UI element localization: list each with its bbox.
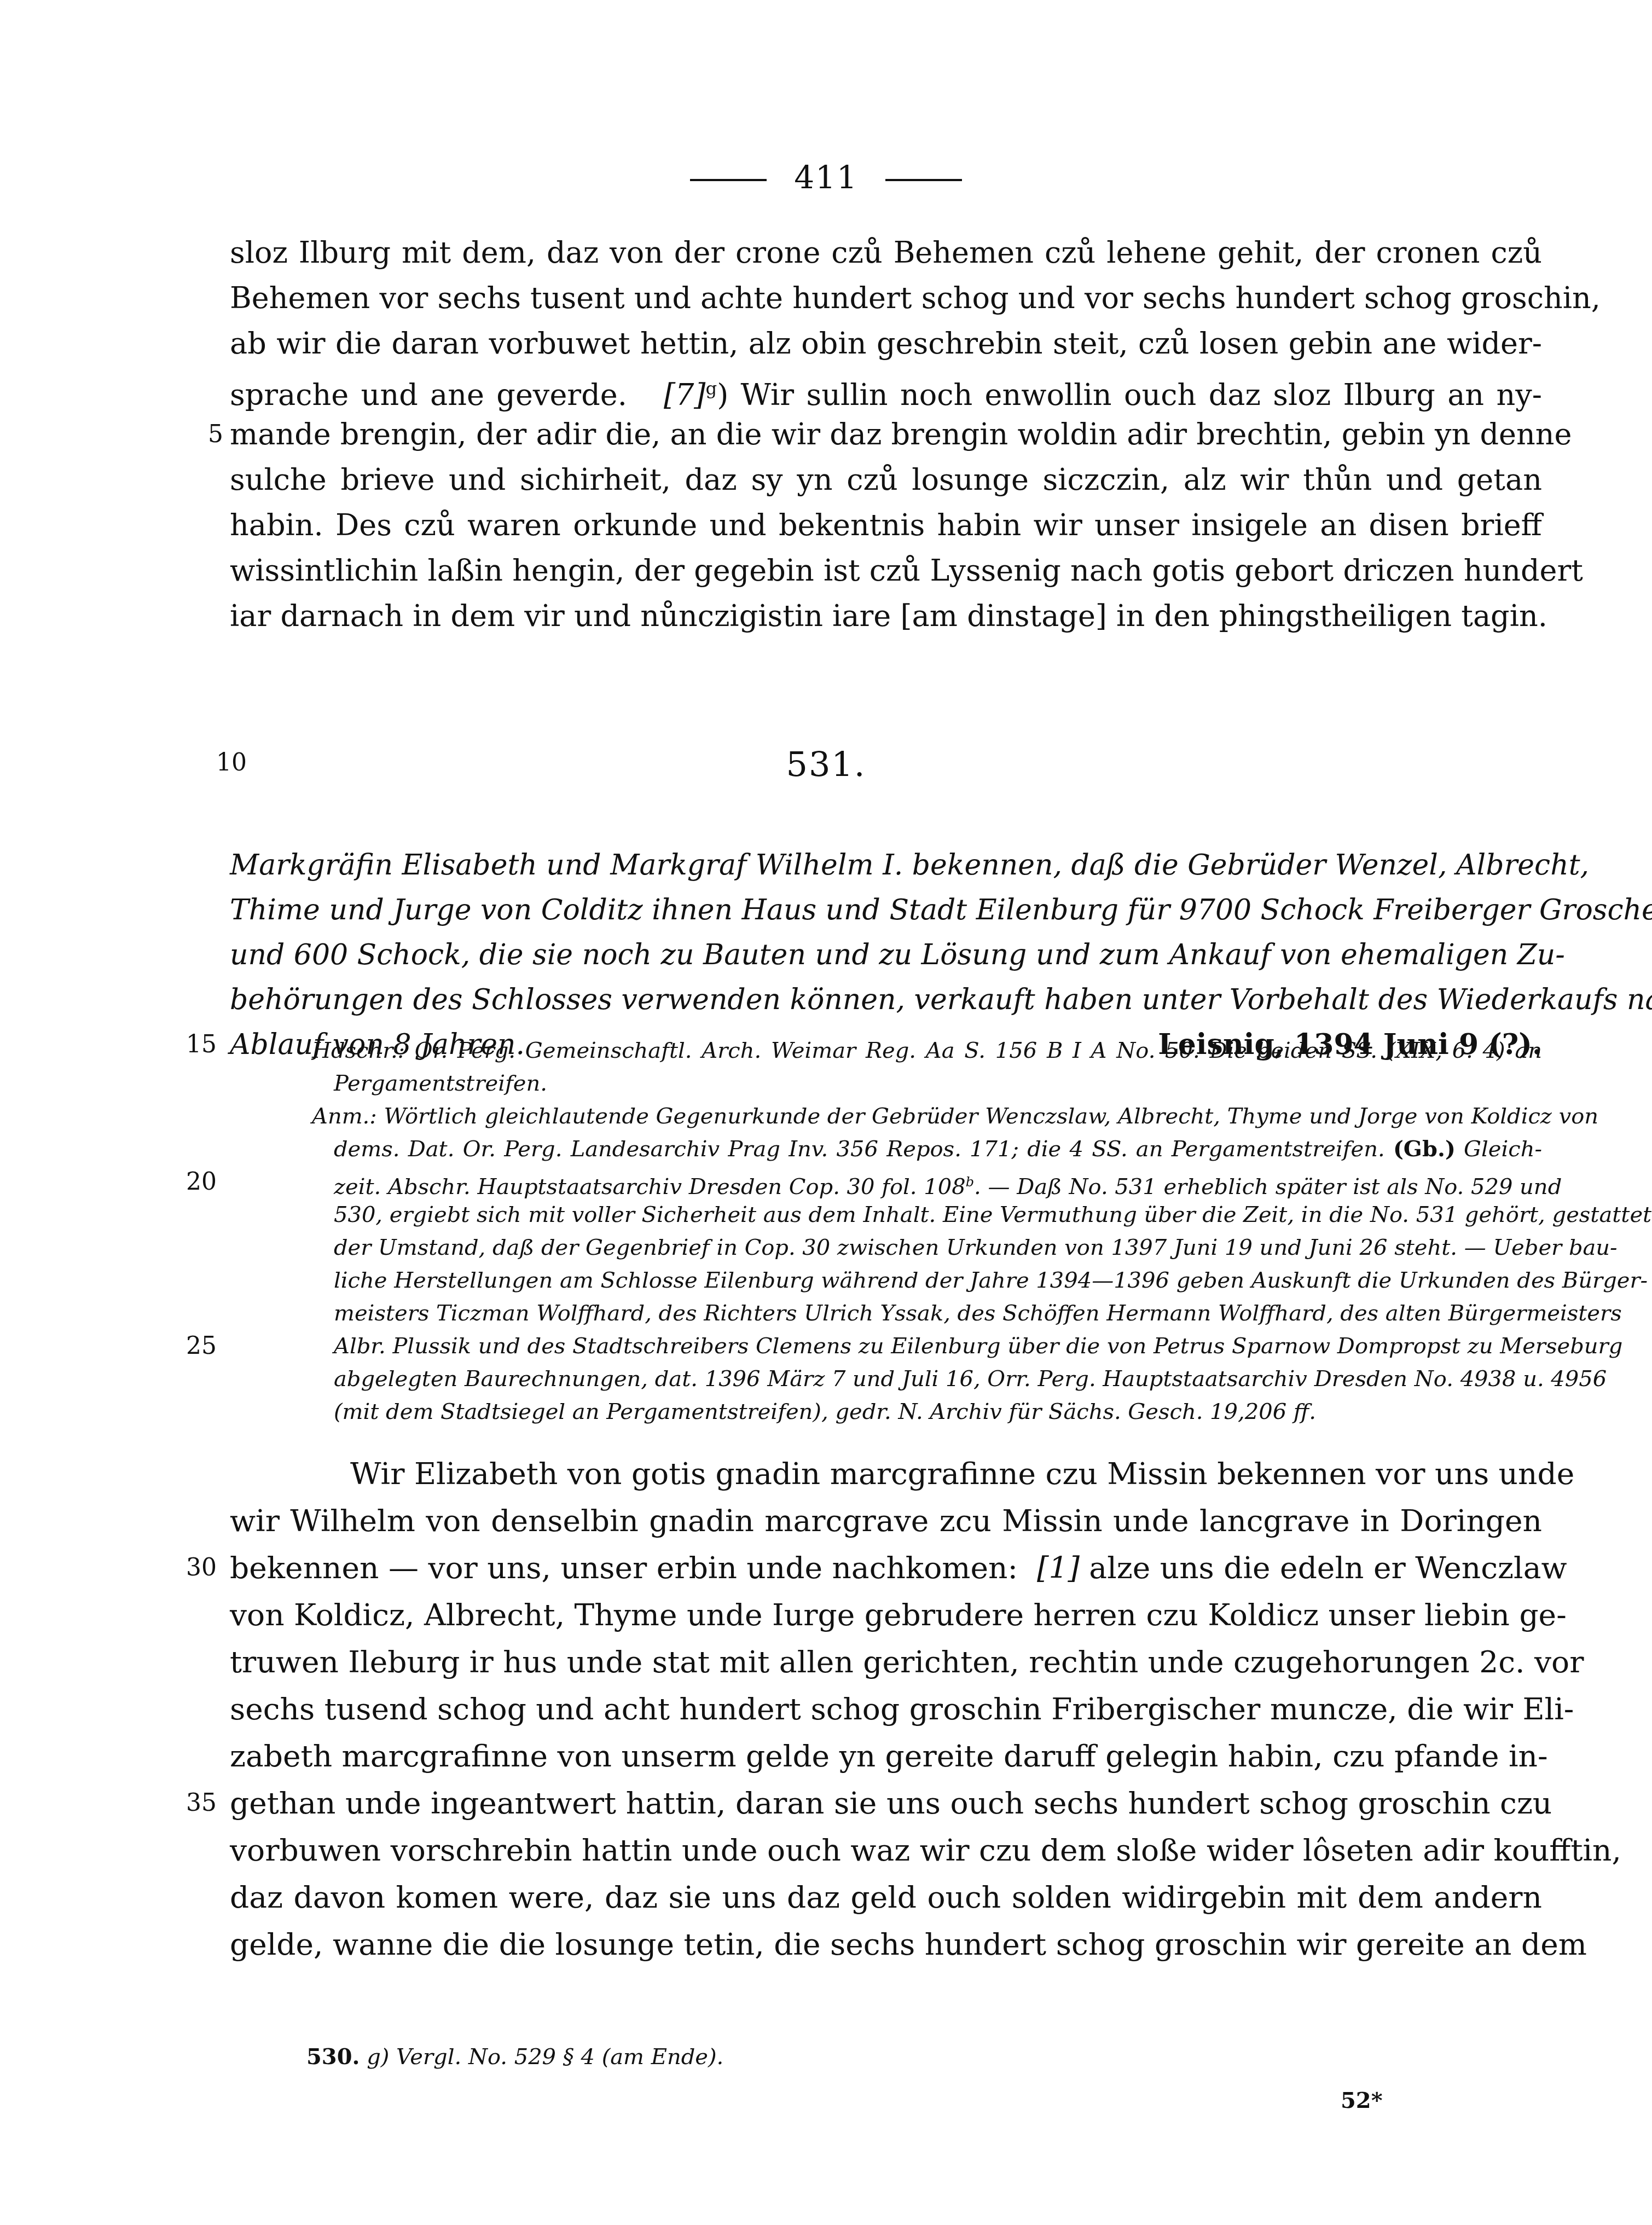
line-number: 25 bbox=[186, 1330, 217, 1363]
regest-line: und 600 Schock, die sie noch zu Bauten u… bbox=[230, 932, 1542, 977]
apparatus-line: abgelegten Baurechnungen, dat. 1396 März… bbox=[312, 1363, 1542, 1395]
text-line: 5mande brengin, der adir die, an die wir… bbox=[230, 412, 1542, 457]
signature-mark: 52* bbox=[1341, 2088, 1383, 2113]
line-number: 35 bbox=[186, 1780, 217, 1827]
page-header: 411 bbox=[0, 159, 1652, 196]
apparatus-line: 20zeit. Abschr. Hauptstaatsarchiv Dresde… bbox=[312, 1166, 1542, 1198]
text-line: gelde, wanne die die losunge tetin, die … bbox=[230, 1921, 1542, 1968]
document-number: 531. bbox=[0, 744, 1652, 784]
text-line: iar darnach in dem vir und nůnczigistin … bbox=[230, 593, 1542, 639]
line-number: 30 bbox=[186, 1544, 217, 1591]
text-line: wissintlichin laßin hengin, der gegebin … bbox=[230, 548, 1542, 593]
page-number: 411 bbox=[794, 159, 858, 196]
regest-line: Thime und Jurge von Colditz ihnen Haus u… bbox=[230, 888, 1542, 932]
text-line: 30bekennen — vor uns, unser erbin unde n… bbox=[230, 1544, 1542, 1591]
text-line: 35gethan unde ingeantwert hattin, daran … bbox=[230, 1780, 1542, 1827]
header-rule-right bbox=[885, 179, 962, 181]
continued-document-text: sloz Ilburg mit dem, daz von der crone c… bbox=[230, 230, 1542, 639]
line-number: 5 bbox=[208, 412, 223, 457]
text-line: sprache und ane geverde. [7]g) Wir sulli… bbox=[230, 366, 1542, 412]
apparatus-line: der Umstand, daß der Gegenbrief in Cop. … bbox=[312, 1231, 1542, 1264]
footnote-doc-ref: 530. bbox=[306, 2044, 360, 2070]
apparatus-line: Pergamentstreifen. bbox=[312, 1067, 1542, 1100]
apparatus-line: (mit dem Stadtsiegel an Pergamentstreife… bbox=[312, 1395, 1542, 1428]
text-line: wir Wilhelm von denselbin gnadin marcgra… bbox=[230, 1497, 1542, 1544]
text-line: Wir Elizabeth von gotis gnadin marcgrafi… bbox=[230, 1450, 1542, 1497]
text-line: von Koldicz, Albrecht, Thyme unde Iurge … bbox=[230, 1591, 1542, 1638]
apparatus-line: 530, ergiebt sich mit voller Sicherheit … bbox=[312, 1198, 1542, 1231]
apparatus-line: meisters Ticzman Wolffhard, des Richters… bbox=[312, 1297, 1542, 1330]
document-text: Wir Elizabeth von gotis gnadin marcgrafi… bbox=[230, 1450, 1542, 1968]
section-marker: [7] bbox=[664, 378, 706, 412]
text-line: sechs tusend schog und acht hundert scho… bbox=[230, 1685, 1542, 1733]
apparatus-line: dems. Dat. Or. Perg. Landesarchiv Prag I… bbox=[312, 1133, 1542, 1166]
regest-line: behörungen des Schlosses verwenden könne… bbox=[230, 977, 1542, 1022]
apparatus-line: 25Albr. Plussik und des Stadtschreibers … bbox=[312, 1330, 1542, 1363]
line-number: 20 bbox=[186, 1166, 217, 1198]
footnote: 530. g) Vergl. No. 529 § 4 (am Ende). bbox=[306, 2044, 723, 2070]
section-marker: [1] bbox=[1037, 1550, 1080, 1585]
text-line: truwen Ileburg ir hus unde stat mit alle… bbox=[230, 1638, 1542, 1685]
line-number: 15 bbox=[186, 1022, 217, 1067]
text-line: vorbuwen vorschrebin hattin unde ouch wa… bbox=[230, 1827, 1542, 1874]
document-regest: Markgräfin Elisabeth und Markgraf Wilhel… bbox=[230, 843, 1542, 1067]
text-line: daz davon komen were, daz sie uns daz ge… bbox=[230, 1874, 1542, 1921]
text-line: sulche brieve und sichirheit, daz sy yn … bbox=[230, 457, 1542, 502]
text-line: zabeth marcgrafinne von unserm gelde yn … bbox=[230, 1733, 1542, 1780]
text-line: habin. Des czů waren orkunde und bekentn… bbox=[230, 502, 1542, 548]
text-line: sloz Ilburg mit dem, daz von der crone c… bbox=[230, 230, 1542, 275]
footnote-ref: g bbox=[705, 378, 717, 399]
critical-apparatus: Hdschr.: Or. Perg. Gemeinschaftl. Arch. … bbox=[312, 1034, 1542, 1428]
apparatus-line: Hdschr.: Or. Perg. Gemeinschaftl. Arch. … bbox=[312, 1034, 1542, 1067]
apparatus-line: Anm.: Wörtlich gleichlautende Gegenurkun… bbox=[312, 1100, 1542, 1133]
text-line: Behemen vor sechs tusent und achte hunde… bbox=[230, 275, 1542, 321]
apparatus-line: liche Herstellungen am Schlosse Eilenbur… bbox=[312, 1264, 1542, 1297]
text-line: ab wir die daran vorbuwet hettin, alz ob… bbox=[230, 321, 1542, 366]
header-rule-left bbox=[690, 179, 767, 181]
regest-line: Markgräfin Elisabeth und Markgraf Wilhel… bbox=[230, 843, 1542, 888]
siglum: (Gb.) bbox=[1393, 1136, 1456, 1162]
